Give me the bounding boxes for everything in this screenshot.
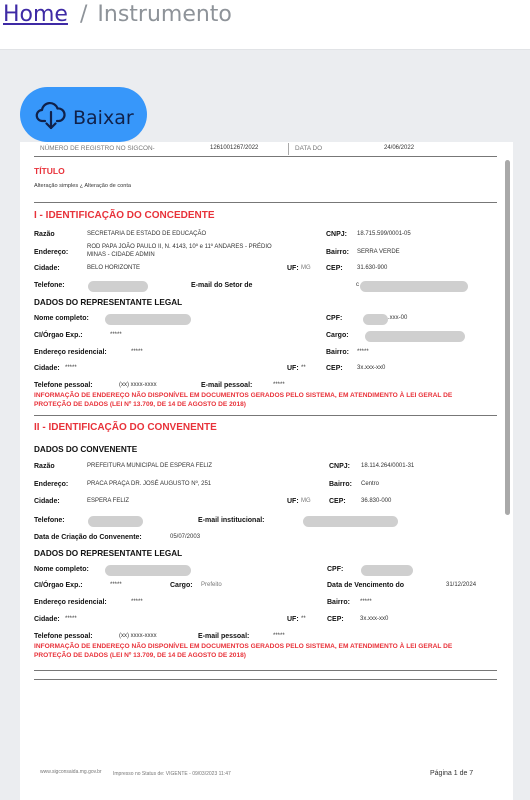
divider [34, 415, 497, 416]
rep-legal-heading: DADOS DO REPRESENTANTE LEGAL [34, 549, 182, 558]
cidade-label: Cidade: [34, 265, 60, 272]
bairro-value: Centro [361, 481, 379, 487]
cargo-label: Cargo: [170, 582, 193, 589]
uf-value: ** [301, 365, 306, 371]
cep-label: CEP: [327, 616, 344, 623]
nome-label: Nome completo: [34, 566, 89, 573]
cnpj-value: 18.715.599/0001-05 [357, 231, 411, 237]
cidade-value: ***** [65, 616, 77, 622]
redacted-cpf [361, 565, 413, 576]
telefone-pessoal-value: (xx) xxxx-xxxx [119, 633, 157, 639]
cloud-download-icon [34, 98, 68, 132]
cnpj-label: CNPJ: [329, 463, 350, 470]
cpf-suffix: .xxx-00 [388, 315, 407, 321]
download-button[interactable]: Baixar [20, 87, 147, 142]
breadcrumb-separator: / [80, 2, 87, 27]
telefone-pessoal-label: Telefone pessoal: [34, 633, 93, 640]
breadcrumb-current: Instrumento [97, 2, 232, 27]
lgpd-notice: INFORMAÇÃO DE ENDEREÇO NÃO DISPONÍVEL EM… [34, 392, 484, 409]
data-value: 24/06/2022 [384, 145, 414, 151]
ci-value: ***** [110, 332, 122, 338]
divider [34, 202, 497, 203]
razao-label: Razão [34, 231, 55, 238]
page-indicator: Página 1 de 7 [430, 770, 473, 777]
ci-label: CI/Órgao Exp.: [34, 332, 83, 339]
criacao-label: Data de Criação do Convenente: [34, 534, 142, 541]
email-pessoal-value: ***** [273, 633, 285, 639]
cpf-label: CPF: [327, 566, 343, 573]
registro-label: NÚMERO DE REGISTRO NO SIGCON- [40, 145, 155, 152]
redacted-nome [105, 565, 191, 576]
endereco-label: Endereço: [34, 249, 68, 256]
cidade-label: Cidade: [34, 616, 60, 623]
telefone-pessoal-value: (xx) xxxx-xxxx [119, 382, 157, 388]
cnpj-value: 18.114.264/0001-31 [361, 463, 414, 469]
ci-value: ***** [110, 582, 122, 588]
telefone-pessoal-label: Telefone pessoal: [34, 382, 93, 389]
cep-value: 3x.xxx-xx0 [357, 365, 385, 371]
email-institucional-label: E-mail institucional: [198, 517, 265, 524]
cep-label: CEP: [326, 265, 343, 272]
convenente-heading: II - IDENTIFICAÇÃO DO CONVENENTE [34, 422, 217, 433]
vencimento-label: Data de Vencimento do [327, 582, 404, 589]
bairro-label: Bairro: [326, 349, 349, 356]
bairro-value: ***** [357, 349, 369, 355]
breadcrumb: Home/Instrumento [3, 2, 232, 27]
cep-value: 36.830-000 [361, 498, 391, 504]
razao-value: PREFEITURA MUNICIPAL DE ESPERA FELIZ [87, 463, 212, 469]
concedente-heading: I - IDENTIFICAÇÃO DO CONCEDENTE [34, 210, 215, 221]
telefone-label: Telefone: [34, 282, 65, 289]
uf-value: ** [301, 616, 306, 622]
bairro-label: Bairro: [326, 249, 349, 256]
email-pessoal-label: E-mail pessoal: [201, 382, 252, 389]
uf-label: UF: [287, 616, 299, 623]
endereco-value: PRACA PRAÇA DR. JOSÉ AUGUSTO Nº, 251 [87, 481, 211, 487]
cidade-label: Cidade: [34, 365, 60, 372]
cidade-label: Cidade: [34, 498, 60, 505]
uf-value: MG [301, 265, 311, 271]
endereco-residencial-value: ***** [131, 599, 143, 605]
email-prefix: c [356, 282, 359, 288]
bairro-value: ***** [360, 599, 372, 605]
top-bar: Home/Instrumento [0, 0, 530, 50]
bairro-label: Bairro: [327, 599, 350, 606]
endereco-residencial-value: ***** [131, 349, 143, 355]
cep-value: 31.630-900 [357, 265, 387, 271]
bairro-label: Bairro: [329, 481, 352, 488]
telefone-label: Telefone: [34, 517, 65, 524]
cep-value: 3x.xxx-xx0 [360, 616, 388, 622]
redacted-telefone [88, 516, 143, 527]
cnpj-label: CNPJ: [326, 231, 347, 238]
header-divider [288, 143, 289, 155]
criacao-value: 05/07/2003 [170, 534, 200, 540]
pdf-page: NÚMERO DE REGISTRO NO SIGCON- 1261001267… [20, 142, 513, 800]
redacted-telefone [88, 281, 148, 292]
email-pessoal-label: E-mail pessoal: [198, 633, 249, 640]
cep-label: CEP: [329, 498, 346, 505]
uf-label: UF: [287, 498, 299, 505]
cidade-value: ***** [65, 365, 77, 371]
breadcrumb-home-link[interactable]: Home [3, 2, 68, 27]
uf-value: MG [301, 498, 311, 504]
data-label: DATA DO [295, 145, 322, 152]
nome-label: Nome completo: [34, 315, 89, 322]
lgpd-notice: INFORMAÇÃO DE ENDEREÇO NÃO DISPONÍVEL EM… [34, 643, 484, 660]
scrollbar[interactable] [505, 160, 510, 515]
cpf-label: CPF: [326, 315, 342, 322]
email-label: E-mail do Setor de [191, 282, 252, 289]
uf-label: UF: [287, 365, 299, 372]
redacted-nome [105, 314, 191, 325]
endereco-label: Endereço: [34, 481, 68, 488]
redacted-cargo [365, 331, 465, 342]
email-pessoal-value: ***** [273, 382, 285, 388]
rep-legal-heading: DADOS DO REPRESENTANTE LEGAL [34, 298, 182, 307]
cargo-label: Cargo: [326, 332, 349, 339]
download-button-label: Baixar [73, 107, 134, 129]
razao-label: Razão [34, 463, 55, 470]
bairro-value: SERRA VERDE [357, 249, 400, 255]
titulo-text: Alteração simples ¿ Alteração de conta [34, 183, 131, 189]
vencimento-value: 31/12/2024 [446, 582, 476, 588]
razao-value: SECRETARIA DE ESTADO DE EDUCAÇÃO [87, 231, 206, 237]
cargo-value: Prefeito [201, 582, 222, 588]
cep-label: CEP: [326, 365, 343, 372]
footer-status: Impresso no Status de: VIGENTE - 09/03/2… [113, 771, 231, 777]
divider [34, 156, 497, 157]
registro-value: 1261001267/2022 [210, 145, 258, 151]
redacted-cpf [363, 314, 388, 325]
footer-site: www.sigconsaida.mg.gov.br [40, 769, 102, 775]
endereco-residencial-label: Endereço residencial: [34, 349, 107, 356]
redacted-email [360, 281, 468, 292]
divider [34, 670, 497, 671]
endereco-residencial-label: Endereço residencial: [34, 599, 107, 606]
endereco-line1: ROD PAPA JOÃO PAULO II, N. 4143, 10º e 1… [87, 244, 272, 250]
endereco-line2: MINAS - CIDADE ADMIN [87, 252, 155, 258]
redacted-email [303, 516, 398, 527]
titulo-heading: TÍTULO [34, 166, 65, 176]
cidade-value: BELO HORIZONTE [87, 265, 140, 271]
dados-convenente-heading: DADOS DO CONVENENTE [34, 445, 137, 454]
ci-label: CI/Órgao Exp.: [34, 582, 83, 589]
divider [34, 679, 497, 680]
cidade-value: ESPERA FELIZ [87, 498, 129, 504]
uf-label: UF: [287, 265, 299, 272]
